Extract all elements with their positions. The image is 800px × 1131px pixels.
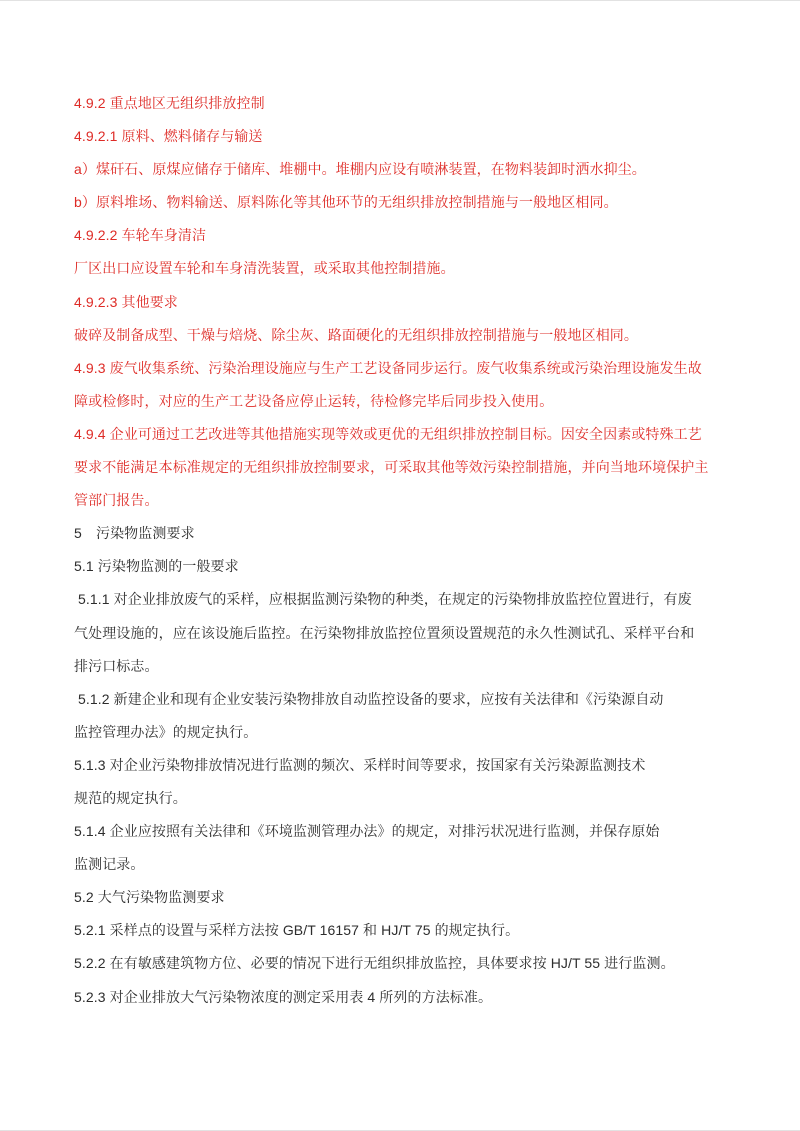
- text-line: 破碎及制备成型、干燥与焙烧、除尘灰、路面硬化的无组织排放控制措施与一般地区相同。: [74, 319, 760, 352]
- text-line: 4.9.2.1 原料、燃料储存与输送: [74, 120, 760, 153]
- text-line: 4.9.2.2 车轮车身清洁: [74, 219, 760, 252]
- text-line: 5.2.2 在有敏感建筑物方位、必要的情况下进行无组织排放监控，具体要求按 HJ…: [74, 947, 760, 980]
- text-line: 监测记录。: [74, 848, 760, 881]
- text-line: 管部门报告。: [74, 484, 760, 517]
- text-line: 障或检修时，对应的生产工艺设备应停止运转，待检修完毕后同步投入使用。: [74, 385, 760, 418]
- document-page: 4.9.2 重点地区无组织排放控制4.9.2.1 原料、燃料储存与输送a）煤矸石…: [0, 0, 800, 1131]
- text-line: 要求不能满足本标准规定的无组织排放控制要求，可采取其他等效污染控制措施，并向当地…: [74, 451, 760, 484]
- text-line: 4.9.3 废气收集系统、污染治理设施应与生产工艺设备同步运行。废气收集系统或污…: [74, 352, 760, 385]
- document-lines: 4.9.2 重点地区无组织排放控制4.9.2.1 原料、燃料储存与输送a）煤矸石…: [74, 87, 760, 1014]
- text-line: 监控管理办法》的规定执行。: [74, 716, 760, 749]
- text-line: 排污口标志。: [74, 650, 760, 683]
- text-line: 5.1.2 新建企业和现有企业安装污染物排放自动监控设备的要求，应按有关法律和《…: [74, 683, 760, 716]
- text-line: 5.2.3 对企业排放大气污染物浓度的测定采用表 4 所列的方法标准。: [74, 981, 760, 1014]
- text-line: 5.2.1 采样点的设置与采样方法按 GB/T 16157 和 HJ/T 75 …: [74, 914, 760, 947]
- text-line: 5.1.1 对企业排放废气的采样，应根据监测污染物的种类，在规定的污染物排放监控…: [74, 583, 760, 616]
- text-line: 气处理设施的，应在该设施后监控。在污染物排放监控位置须设置规范的永久性测试孔、采…: [74, 617, 760, 650]
- text-line: 4.9.2.3 其他要求: [74, 286, 760, 319]
- text-line: 厂区出口应设置车轮和车身清洗装置，或采取其他控制措施。: [74, 252, 760, 285]
- text-line: 5 污染物监测要求: [74, 517, 760, 550]
- text-line: a）煤矸石、原煤应储存于储库、堆棚中。堆棚内应设有喷淋装置，在物料装卸时洒水抑尘…: [74, 153, 760, 186]
- text-line: 5.2 大气污染物监测要求: [74, 881, 760, 914]
- text-line: 5.1.4 企业应按照有关法律和《环境监测管理办法》的规定，对排污状况进行监测，…: [74, 815, 760, 848]
- text-line: b）原料堆场、物料输送、原料陈化等其他环节的无组织排放控制措施与一般地区相同。: [74, 186, 760, 219]
- text-line: 4.9.4 企业可通过工艺改进等其他措施实现等效或更优的无组织排放控制目标。因安…: [74, 418, 760, 451]
- text-line: 4.9.2 重点地区无组织排放控制: [74, 87, 760, 120]
- text-line: 5.1.3 对企业污染物排放情况进行监测的频次、采样时间等要求，按国家有关污染源…: [74, 749, 760, 782]
- text-line: 规范的规定执行。: [74, 782, 760, 815]
- text-line: 5.1 污染物监测的一般要求: [74, 550, 760, 583]
